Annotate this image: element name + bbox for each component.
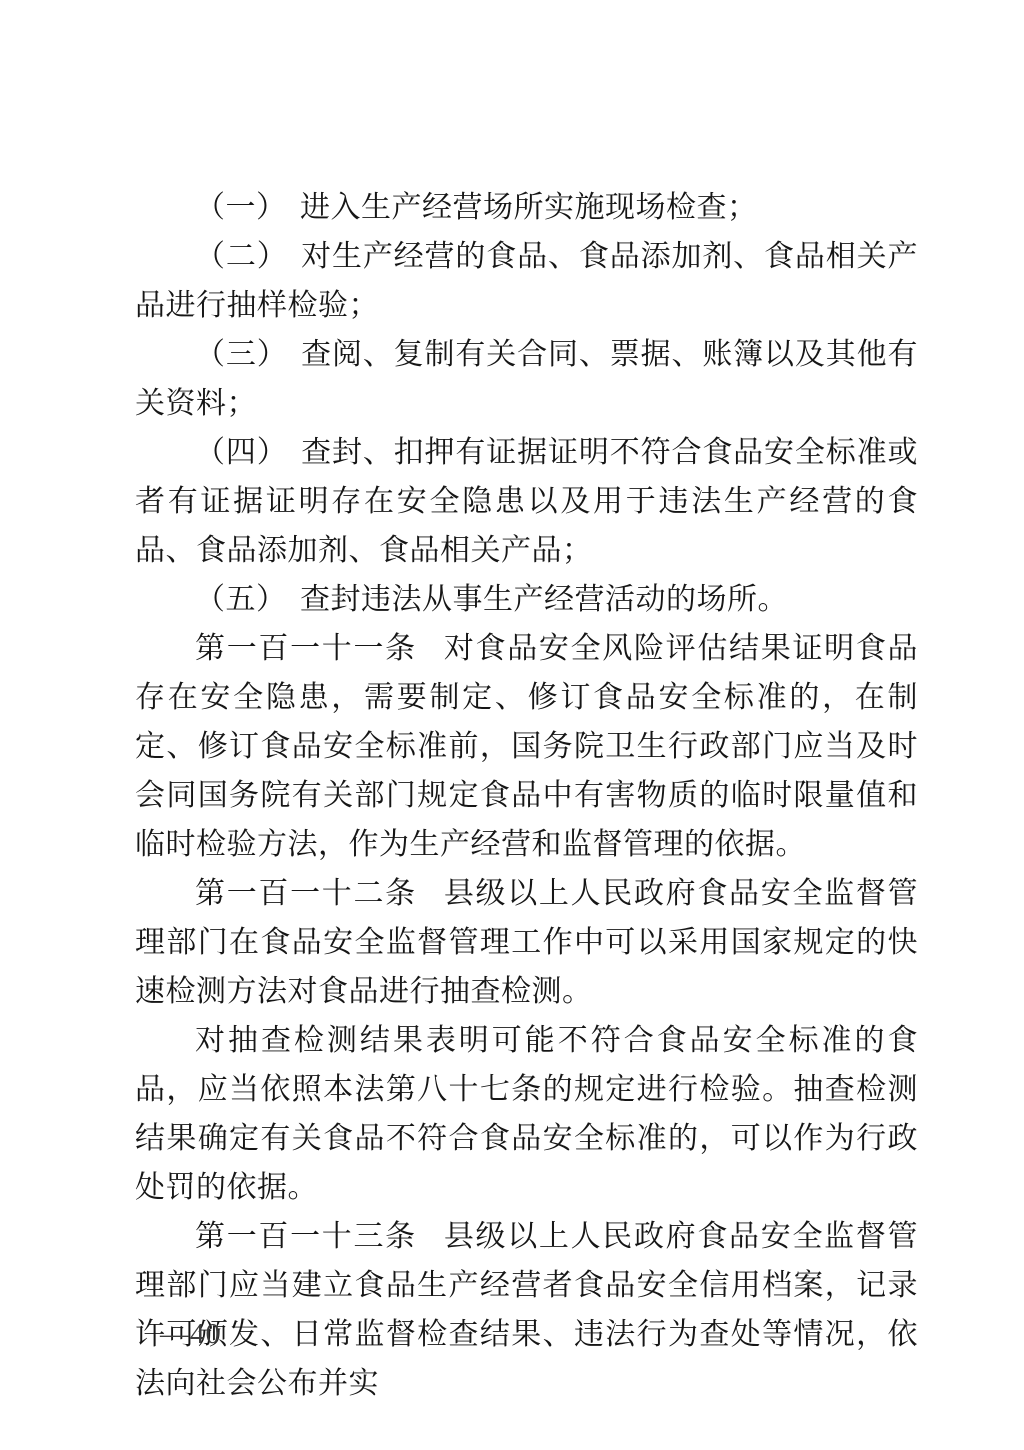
list-marker: （二）	[195, 240, 288, 273]
list-item-4: （四）查封、扣押有证据证明不符合食品安全标准或者有证据证明存在安全隐患以及用于违…	[135, 428, 918, 575]
list-item-3: （三）查阅、复制有关合同、票据、账簿以及其他有关资料；	[135, 330, 918, 428]
paragraph-text: 查封违法从事生产经营活动的场所。	[300, 583, 788, 616]
document-body: （一）进入生产经营场所实施现场检查； （二）对生产经营的食品、食品添加剂、食品相…	[135, 183, 918, 1408]
article-number: 第一百一十二条	[195, 877, 417, 910]
list-marker: （五）	[195, 583, 287, 616]
list-marker: （四）	[195, 436, 288, 469]
article-113: 第一百一十三条县级以上人民政府食品安全监督管理部门应当建立食品生产经营者食品安全…	[135, 1212, 918, 1408]
paragraph-text: 进入生产经营场所实施现场检查；	[300, 191, 758, 224]
document-page: （一）进入生产经营场所实施现场检查； （二）对生产经营的食品、食品添加剂、食品相…	[0, 0, 1024, 1450]
list-item-1: （一）进入生产经营场所实施现场检查；	[135, 183, 918, 232]
article-111: 第一百一十一条对食品安全风险评估结果证明食品存在安全隐患，需要制定、修订食品安全…	[135, 624, 918, 869]
page-number: —40	[160, 1318, 221, 1351]
article-number: 第一百一十三条	[195, 1220, 417, 1253]
list-marker: （三）	[195, 338, 288, 371]
list-marker: （一）	[195, 191, 287, 224]
paragraph-text: 对抽查检测结果表明可能不符合食品安全标准的食品，应当依照本法第八十七条的规定进行…	[135, 1024, 918, 1204]
list-item-2: （二）对生产经营的食品、食品添加剂、食品相关产品进行抽样检验；	[135, 232, 918, 330]
article-112: 第一百一十二条县级以上人民政府食品安全监督管理部门在食品安全监督管理工作中可以采…	[135, 869, 918, 1016]
article-number: 第一百一十一条	[195, 632, 417, 665]
article-112-paragraph-2: 对抽查检测结果表明可能不符合食品安全标准的食品，应当依照本法第八十七条的规定进行…	[135, 1016, 918, 1212]
list-item-5: （五）查封违法从事生产经营活动的场所。	[135, 575, 918, 624]
paragraph-text: 对食品安全风险评估结果证明食品存在安全隐患，需要制定、修订食品安全标准的，在制定…	[135, 632, 918, 861]
